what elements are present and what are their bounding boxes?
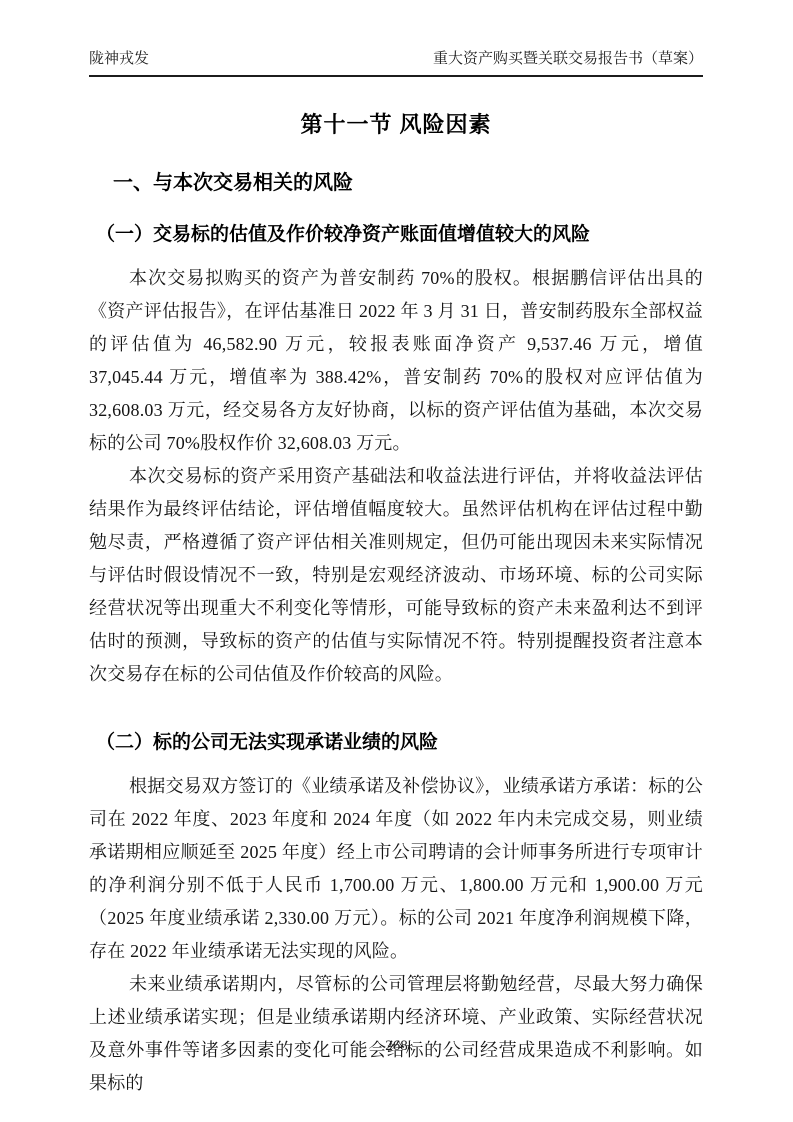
paragraph: 未来业绩承诺期内，尽管标的公司管理层将勤勉经营，尽最大努力确保上述业绩承诺实现；… [89, 968, 703, 1100]
header-report-title: 重大资产购买暨关联交易报告书（草案） [433, 50, 703, 68]
page-title: 第十一节 风险因素 [89, 112, 703, 138]
subsection-1-heading: （一）交易标的估值及作价较净资产账面值增值较大的风险 [89, 223, 703, 246]
section-heading-risks: 一、与本次交易相关的风险 [89, 171, 703, 195]
page-number: 268 [0, 1038, 793, 1055]
paragraph: 根据交易双方签订的《业绩承诺及补偿协议》，业绩承诺方承诺：标的公司在 2022 … [89, 770, 703, 968]
header-company-name: 陇神戎发 [89, 50, 149, 68]
subsection-2-heading: （二）标的公司无法实现承诺业绩的风险 [89, 731, 703, 754]
paragraph: 本次交易拟购买的资产为普安制药 70%的股权。根据鹏信评估出具的《资产评估报告》… [89, 262, 703, 460]
page-header: 陇神戎发 重大资产购买暨关联交易报告书（草案） [89, 0, 703, 77]
subsection-1-body: 本次交易拟购买的资产为普安制药 70%的股权。根据鹏信评估出具的《资产评估报告》… [89, 262, 703, 691]
document-page: 陇神戎发 重大资产购买暨关联交易报告书（草案） 第十一节 风险因素 一、与本次交… [89, 0, 703, 1122]
paragraph: 本次交易标的资产采用资产基础法和收益法进行评估，并将收益法评估结果作为最终评估结… [89, 460, 703, 691]
subsection-valuation-risk: （一）交易标的估值及作价较净资产账面值增值较大的风险 本次交易拟购买的资产为普安… [89, 223, 703, 691]
